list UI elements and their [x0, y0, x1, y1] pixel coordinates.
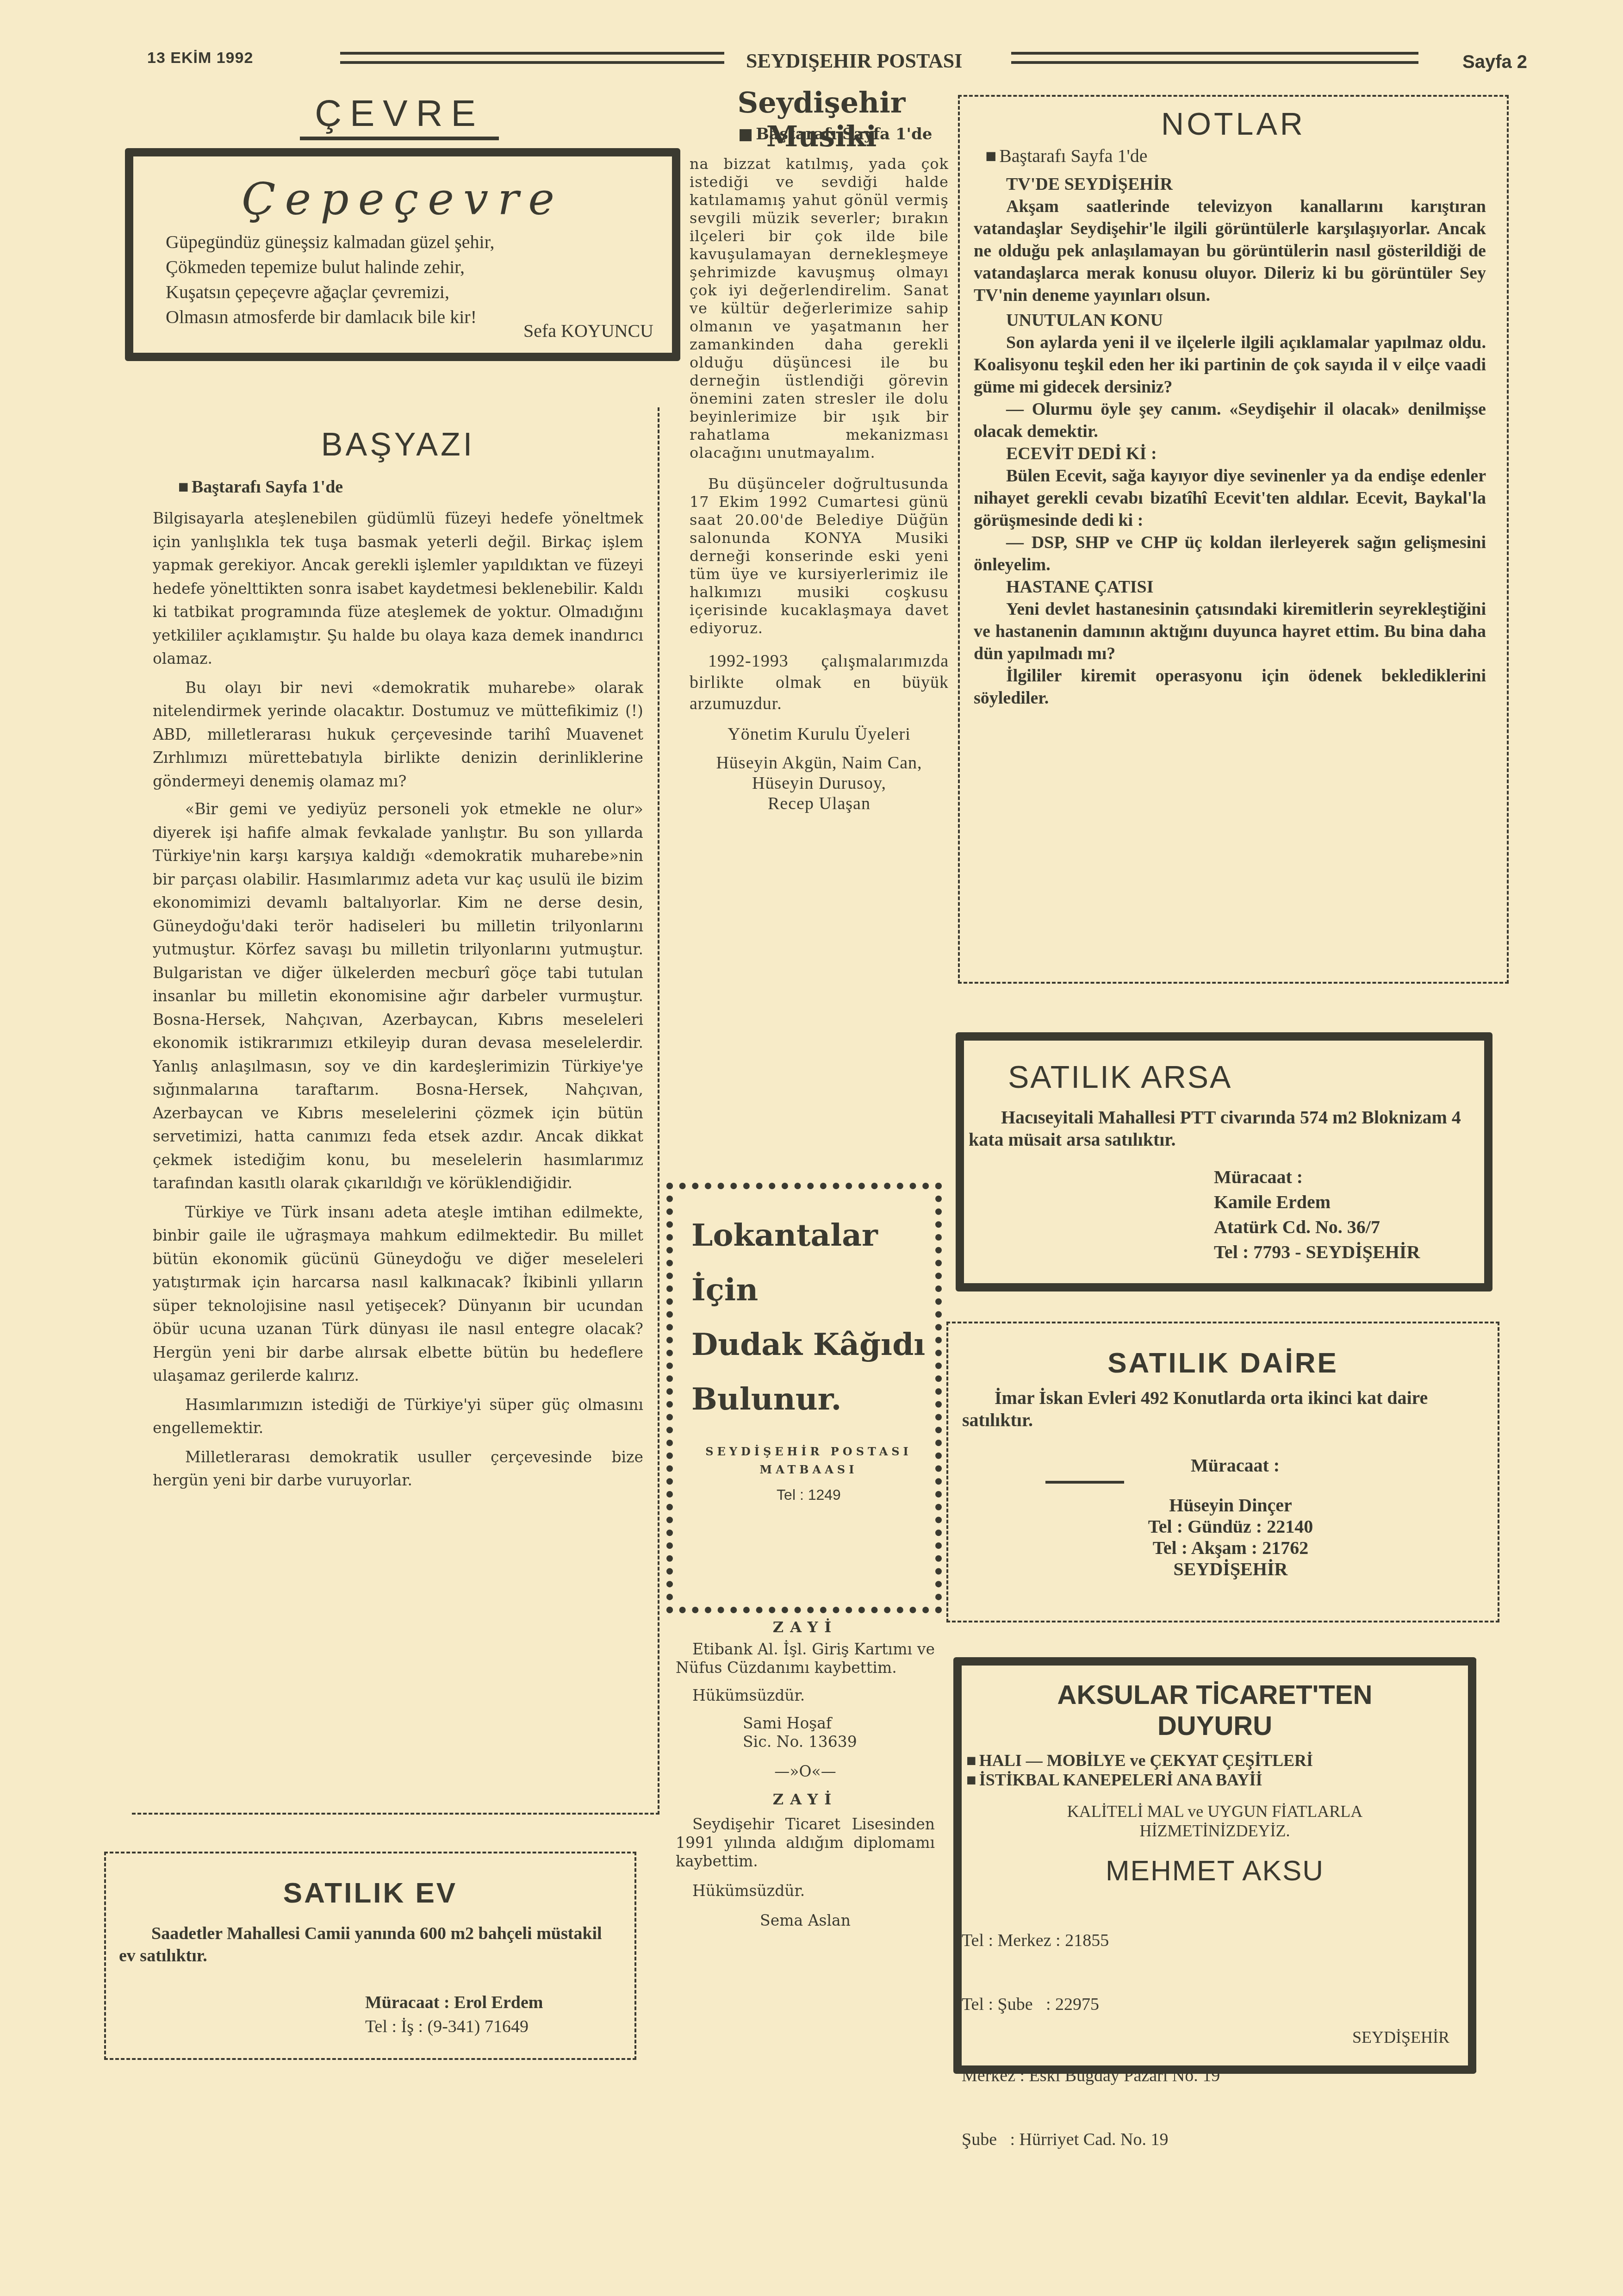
aksular-subtitle: DUYURU: [962, 1710, 1468, 1741]
lost-notice-text: Etibank Al. İşl. Giriş Kartımı ve Nüfus …: [676, 1640, 935, 1677]
editorial-paragraph: Hasımlarımızın istediği de Türkiye'yi sü…: [153, 1393, 643, 1440]
napkin-ad-line: Dudak Kâğıdı: [691, 1317, 926, 1372]
poem-author: Sefa KOYUNCU: [523, 320, 653, 342]
lost-notices: ZAYİ Etibank Al. İşl. Giriş Kartımı ve N…: [676, 1618, 935, 1930]
apartment-ad-contact-line: Hüseyin Dinçer: [1129, 1495, 1332, 1516]
house-ad-phone: Tel : İş : (9-341) 71649: [365, 2016, 529, 2037]
aksular-bullet: HALI — MOBİLYE ve ÇEKYAT ÇEŞİTLERİ: [966, 1751, 1468, 1770]
napkin-ad-line: Lokantalar: [691, 1208, 926, 1262]
lost-notice-reg: Sic. No. 13639: [676, 1733, 935, 1751]
land-ad-text: Hacıseyitali Mahallesi PTT civarında 574…: [969, 1106, 1470, 1151]
poem-title: Çepeçevre: [133, 173, 672, 225]
aksular-slogan: KALİTELİ MAL ve UYGUN FİATLARLA: [962, 1802, 1468, 1821]
apartment-ad-text: İmar İskan Evleri 492 Konutlarda orta ik…: [962, 1387, 1479, 1431]
aksular-phone: Tel : Şube : 22975: [962, 1994, 1468, 2015]
house-ad-contact: Müracaat : Erol Erdem: [365, 1992, 543, 2013]
aksular-bullet: İSTİKBAL KANEPELERİ ANA BAYİİ: [966, 1770, 1468, 1790]
notes-paragraph: Yeni devlet hastanesinin çatısındaki kir…: [974, 598, 1486, 665]
house-for-sale-ad: SATILIK EV Saadetler Mahallesi Camii yan…: [104, 1852, 636, 2060]
napkin-ad-phone: Tel : 1249: [691, 1486, 926, 1504]
land-ad-contact: Müracaat : Kamile Erdem Atatürk Cd. No. …: [1214, 1165, 1484, 1265]
editorial-paragraph: Bilgisayarla ateşlenebilen güdümlü füzey…: [153, 507, 643, 671]
lost-notice-text: Seydişehir Ticaret Lisesinden 1991 yılın…: [676, 1815, 935, 1871]
napkin-ad-publisher: SEYDİŞEHİR POSTASI: [691, 1445, 926, 1458]
apartment-for-sale-ad: SATILIK DAİRE İmar İskan Evleri 492 Konu…: [946, 1322, 1499, 1622]
notes-title: NOTLAR: [960, 106, 1507, 142]
cevre-section-title: ÇEVRE: [300, 90, 499, 140]
notes-paragraph: Akşam saatlerinde televizyon kanallarını…: [974, 195, 1486, 306]
editorial-paragraph: Türkiye ve Türk insanı adeta ateşle imti…: [153, 1201, 643, 1388]
notes-heading: TV'DE SEYDİŞEHİR: [974, 173, 1486, 195]
notes-box: NOTLAR Baştarafı Sayfa 1'de TV'DE SEYDİŞ…: [958, 95, 1509, 984]
lost-notice-name: Sema Aslan: [676, 1911, 935, 1930]
land-ad-contact-line: Tel : 7793 - SEYDİŞEHİR: [1214, 1240, 1484, 1265]
napkin-ad: Lokantalar İçin Dudak Kâğıdı Bulunur. SE…: [666, 1183, 942, 1613]
aksular-owner: MEHMET AKSU: [962, 1854, 1468, 1887]
land-ad-title: SATILIK ARSA: [1008, 1059, 1484, 1095]
aksular-bullets: HALI — MOBİLYE ve ÇEKYAT ÇEŞİTLERİ İSTİK…: [966, 1751, 1468, 1790]
notes-paragraph: İlgililer kiremit operasyonu için ödenek…: [974, 665, 1486, 709]
land-for-sale-ad: SATILIK ARSA Hacıseyitali Mahallesi PTT …: [956, 1032, 1492, 1291]
aksular-slogan: HİZMETİNİZDEYİZ.: [962, 1821, 1468, 1841]
napkin-ad-line: Bulunur.: [691, 1372, 926, 1426]
music-member: Hüseyin Durusoy,: [690, 773, 949, 793]
lost-notice-title: ZAYİ: [676, 1790, 935, 1809]
editorial-continued: Baştarafı Sayfa 1'de: [178, 477, 343, 497]
notes-paragraph: — DSP, SHP ve CHP üç koldan ilerleyerek …: [974, 531, 1486, 576]
aksular-address: Şube : Hürriyet Cad. No. 19: [962, 2129, 1468, 2150]
poem-line: Kuşatsın çepeçevre ağaçlar çevremizi,: [166, 280, 672, 305]
music-paragraph: Bu düşünceler doğrultusunda 17 Ekim 1992…: [690, 475, 949, 637]
apartment-ad-contact-line: Tel : Gündüz : 22140: [1129, 1516, 1332, 1537]
apartment-ad-contact: Hüseyin Dinçer Tel : Gündüz : 22140 Tel …: [1129, 1495, 1332, 1580]
notes-paragraph: Bülen Ecevit, sağa kayıyor diye sevinenl…: [974, 465, 1486, 531]
napkin-ad-publisher-sub: MATBAASI: [691, 1463, 926, 1476]
newspaper-title: SEYDIŞEHIR POSTASI: [746, 49, 962, 73]
aksular-ad: AKSULAR TİCARET'TEN DUYURU HALI — MOBİLY…: [953, 1657, 1476, 2074]
notes-heading: ECEVİT DEDİ Kİ :: [974, 443, 1486, 465]
music-continued: Baştarafı Sayfa 1'de: [738, 125, 932, 143]
editorial-paragraph: «Bir gemi ve yediyüz personeli yok etmek…: [153, 798, 643, 1195]
aksular-city: SEYDİŞEHİR: [1352, 2028, 1449, 2047]
editorial-title: BAŞYAZI: [153, 426, 643, 463]
aksular-phone: Tel : Merkez : 21855: [962, 1930, 1468, 1951]
editorial-paragraph: Milletlerarası demokratik usuller çerçev…: [153, 1446, 643, 1492]
notes-heading: HASTANE ÇATISI: [974, 576, 1486, 598]
music-member: Hüseyin Akgün, Naim Can,: [690, 753, 949, 773]
lost-notice-title: ZAYİ: [676, 1618, 935, 1636]
music-signature: Yönetim Kurulu Üyeleri: [690, 725, 949, 743]
poem-line: Çökmeden tepemize bulut halinde zehir,: [166, 255, 672, 280]
music-paragraph: na bizzat katılmış, yada çok istediği ve…: [690, 155, 949, 462]
house-ad-title: SATILIK EV: [106, 1877, 634, 1909]
notes-body: TV'DE SEYDİŞEHİR Akşam saatlerinde telev…: [974, 173, 1486, 709]
header-rule-left: [340, 52, 724, 64]
house-ad-text: Saadetler Mahallesi Camii yanında 600 m2…: [119, 1922, 616, 1967]
apartment-ad-title: SATILIK DAİRE: [948, 1347, 1498, 1379]
land-ad-contact-line: Atatürk Cd. No. 36/7: [1214, 1215, 1484, 1240]
apartment-ad-contact-line: Tel : Akşam : 21762: [1129, 1537, 1332, 1559]
issue-date: 13 EKİM 1992: [147, 49, 253, 67]
poem-lines: Güpegündüz güneşsiz kalmadan güzel şehir…: [166, 230, 672, 330]
napkin-ad-line: İçin: [691, 1262, 926, 1317]
cevre-poem-box: Çepeçevre Güpegündüz güneşsiz kalmadan g…: [125, 148, 680, 361]
poem-line: Güpegündüz güneşsiz kalmadan güzel şehir…: [166, 230, 672, 255]
notes-paragraph: Son aylarda yeni il ve ilçelerle ilgili …: [974, 331, 1486, 398]
apartment-ad-contact-label: Müracaat :: [1170, 1454, 1300, 1476]
lost-notice-void: Hükümsüzdür.: [676, 1882, 935, 1900]
notes-continued: Baştarafı Sayfa 1'de: [985, 145, 1507, 167]
lost-notice-separator: —»O«—: [676, 1762, 935, 1781]
music-member: Recep Ulaşan: [690, 793, 949, 814]
notes-heading: UNUTULAN KONU: [974, 309, 1486, 331]
music-paragraph: 1992-1993 çalışmalarımızda birlikte olma…: [690, 650, 949, 714]
land-ad-contact-label: Müracaat :: [1214, 1165, 1484, 1190]
header-rule-right: [1011, 52, 1418, 64]
page-number: Sayfa 2: [1462, 52, 1527, 73]
music-article-body: na bizzat katılmış, yada çok istediği ve…: [690, 155, 949, 814]
lost-notice-void: Hükümsüzdür.: [676, 1686, 935, 1705]
notes-paragraph: — Olurmu öyle şey canım. «Seydişehir il …: [974, 398, 1486, 443]
editorial-paragraph: Bu olayı bir nevi «demokratik muharebe» …: [153, 676, 643, 793]
lost-notice-name: Sami Hoşaf: [676, 1714, 935, 1733]
aksular-title: AKSULAR TİCARET'TEN: [962, 1679, 1468, 1710]
land-ad-contact-line: Kamile Erdem: [1214, 1190, 1484, 1215]
editorial-body: Bilgisayarla ateşlenebilen güdümlü füzey…: [153, 507, 643, 1492]
apartment-ad-contact-line: SEYDİŞEHİR: [1129, 1559, 1332, 1580]
aksular-address: Merkez : Eski Buğday Pazarı No. 19: [962, 2065, 1468, 2086]
